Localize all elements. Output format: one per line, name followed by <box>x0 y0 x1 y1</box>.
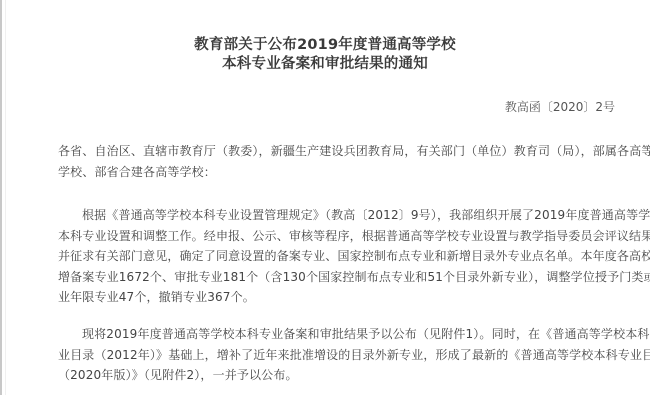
paragraph-line: 业年限专业47个，撤销专业367个。 <box>58 287 598 308</box>
paragraph-line: 本科专业设置和调整工作。经申报、公示、审核等程序，根据普通高等学校专业设置与教学… <box>58 226 598 247</box>
paragraph-line: 现将2019年度普通高等学校本科专业备案和审批结果予以公布（见附件1）。同时，在… <box>58 324 598 345</box>
body-paragraph-2: 现将2019年度普通高等学校本科专业备案和审批结果予以公布（见附件1）。同时，在… <box>58 324 598 386</box>
notice-document: 教育部关于公布2019年度普通高等学校 本科专业备案和审批结果的通知 教高函〔2… <box>0 0 650 395</box>
document-number: 教高函〔2020〕2号 <box>505 98 615 115</box>
paragraph-line: 增备案专业1672个、审批专业181个（含130个国家控制布点专业和51个目录外… <box>58 267 598 288</box>
addressee-line: 学校、部省合建各高等学校： <box>58 162 598 183</box>
paragraph-line: 并征求有关部门意见，确定了同意设置的备案专业、国家控制布点专业和新增目录外专业点… <box>58 246 598 267</box>
body-paragraph-1: 根据《普通高等学校本科专业设置管理规定》（教高〔2012〕9号），我部组织开展了… <box>58 205 598 308</box>
paragraph-line: 业目录（2012年）》基础上，增补了近年来批准增设的目录外新专业，形成了最新的《… <box>58 345 598 366</box>
addressee-line: 各省、自治区、直辖市教育厅（教委），新疆生产建设兵团教育局，有关部门（单位）教育… <box>58 141 598 162</box>
paragraph-line: （2020年版）》（见附件2），一并予以公布。 <box>58 365 598 386</box>
addressee-paragraph: 各省、自治区、直辖市教育厅（教委），新疆生产建设兵团教育局，有关部门（单位）教育… <box>58 141 598 182</box>
paragraph-line: 根据《普通高等学校本科专业设置管理规定》（教高〔2012〕9号），我部组织开展了… <box>58 205 598 226</box>
document-title-line-1: 教育部关于公布2019年度普通高等学校 <box>0 33 650 54</box>
document-title-line-2: 本科专业备案和审批结果的通知 <box>0 52 650 73</box>
